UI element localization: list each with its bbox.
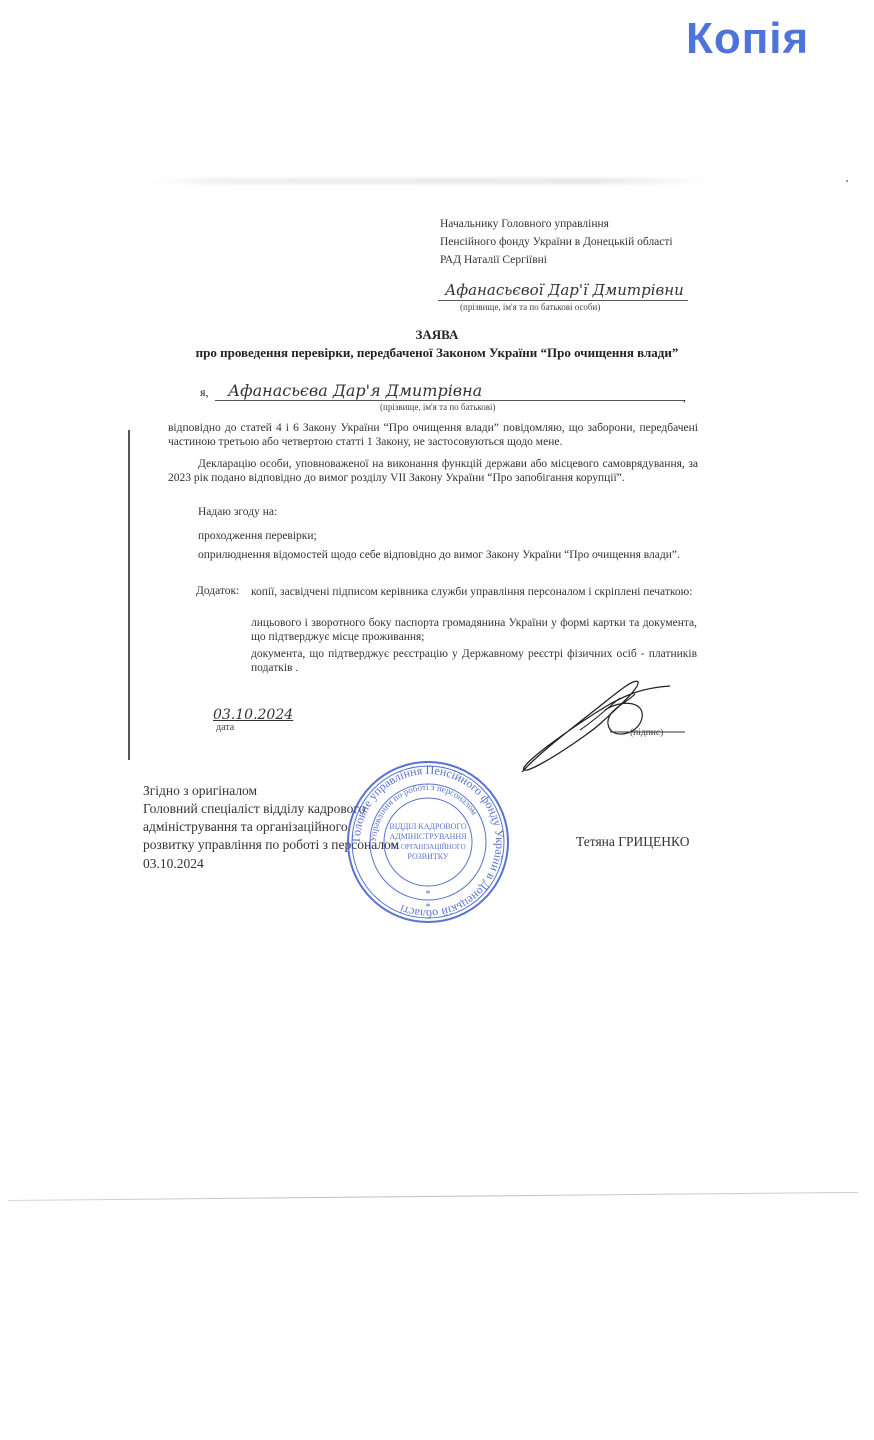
paragraph-declaration: Декларацію особи, уповноваженої на викон… bbox=[168, 457, 698, 485]
scan-dot bbox=[846, 180, 848, 182]
document-title: ЗАЯВА bbox=[0, 327, 874, 343]
official-seal-icon: Головне управління Пенсійного фонду Укра… bbox=[343, 757, 513, 927]
svg-text:*: * bbox=[426, 889, 431, 900]
applicant-caption: (прізвище, ім'я та по батькові) bbox=[380, 402, 495, 412]
addressee-line: Пенсійного фонду України в Донецькій обл… bbox=[440, 233, 673, 251]
attachment-item: лицьового і зворотного боку паспорта гро… bbox=[251, 616, 697, 644]
addressee-caption: (прізвище, ім'я та по батькові особи) bbox=[460, 302, 600, 312]
date-label: дата bbox=[216, 722, 234, 733]
scan-edge-line bbox=[8, 1192, 858, 1201]
addressee-handwritten-name: Афанасьєвої Дар'ї Дмитрівни bbox=[445, 281, 684, 299]
applicant-prefix: я, bbox=[200, 385, 209, 400]
applicant-suffix: , bbox=[683, 390, 686, 405]
addressee-line: РАД Наталії Сергіївні bbox=[440, 251, 673, 269]
addressee-line: Начальнику Головного управління bbox=[440, 215, 673, 233]
applicant-name-line bbox=[215, 400, 685, 401]
paragraph-consent-publish: оприлюднення відомостей щодо себе відпов… bbox=[168, 548, 698, 562]
attachment-item: копії, засвідчені підписом керівника слу… bbox=[251, 585, 697, 599]
signature-icon bbox=[510, 670, 690, 780]
copy-stamp: Копія bbox=[686, 14, 809, 64]
signature-label: (підпис) bbox=[630, 728, 663, 738]
paragraph-consent-intro: Надаю згоду на: bbox=[198, 505, 698, 519]
paragraph-statement: відповідно до статей 4 і 6 Закону Україн… bbox=[168, 421, 698, 449]
signer-name: Тетяна ГРИЦЕНКО bbox=[576, 834, 689, 850]
addressee-name-line bbox=[438, 300, 688, 301]
margin-bar bbox=[128, 430, 130, 760]
attachments-label: Додаток: bbox=[196, 585, 239, 597]
applicant-handwritten-name: Афанасьєва Дар'я Дмитрівна bbox=[228, 381, 482, 400]
certification-date: 03.10.2024 bbox=[143, 856, 204, 872]
document-subtitle: про проведення перевірки, передбаченої З… bbox=[0, 345, 874, 361]
seal-center-line: РОЗВИТКУ bbox=[407, 852, 449, 861]
scan-artifact bbox=[150, 178, 710, 184]
seal-center-line: АДМІНІСТРУВАННЯ bbox=[389, 832, 467, 841]
handwritten-date: 03.10.2024 bbox=[213, 707, 293, 723]
svg-text:*: * bbox=[426, 902, 431, 913]
seal-center-line: ВІДДІЛ КАДРОВОГО bbox=[389, 822, 466, 831]
seal-center-line: ТА ОРГАНІЗАЦІЙНОГО bbox=[390, 843, 465, 851]
paragraph-consent-check: проходження перевірки; bbox=[198, 529, 698, 543]
addressee-block: Начальнику Головного управління Пенсійно… bbox=[440, 215, 673, 269]
